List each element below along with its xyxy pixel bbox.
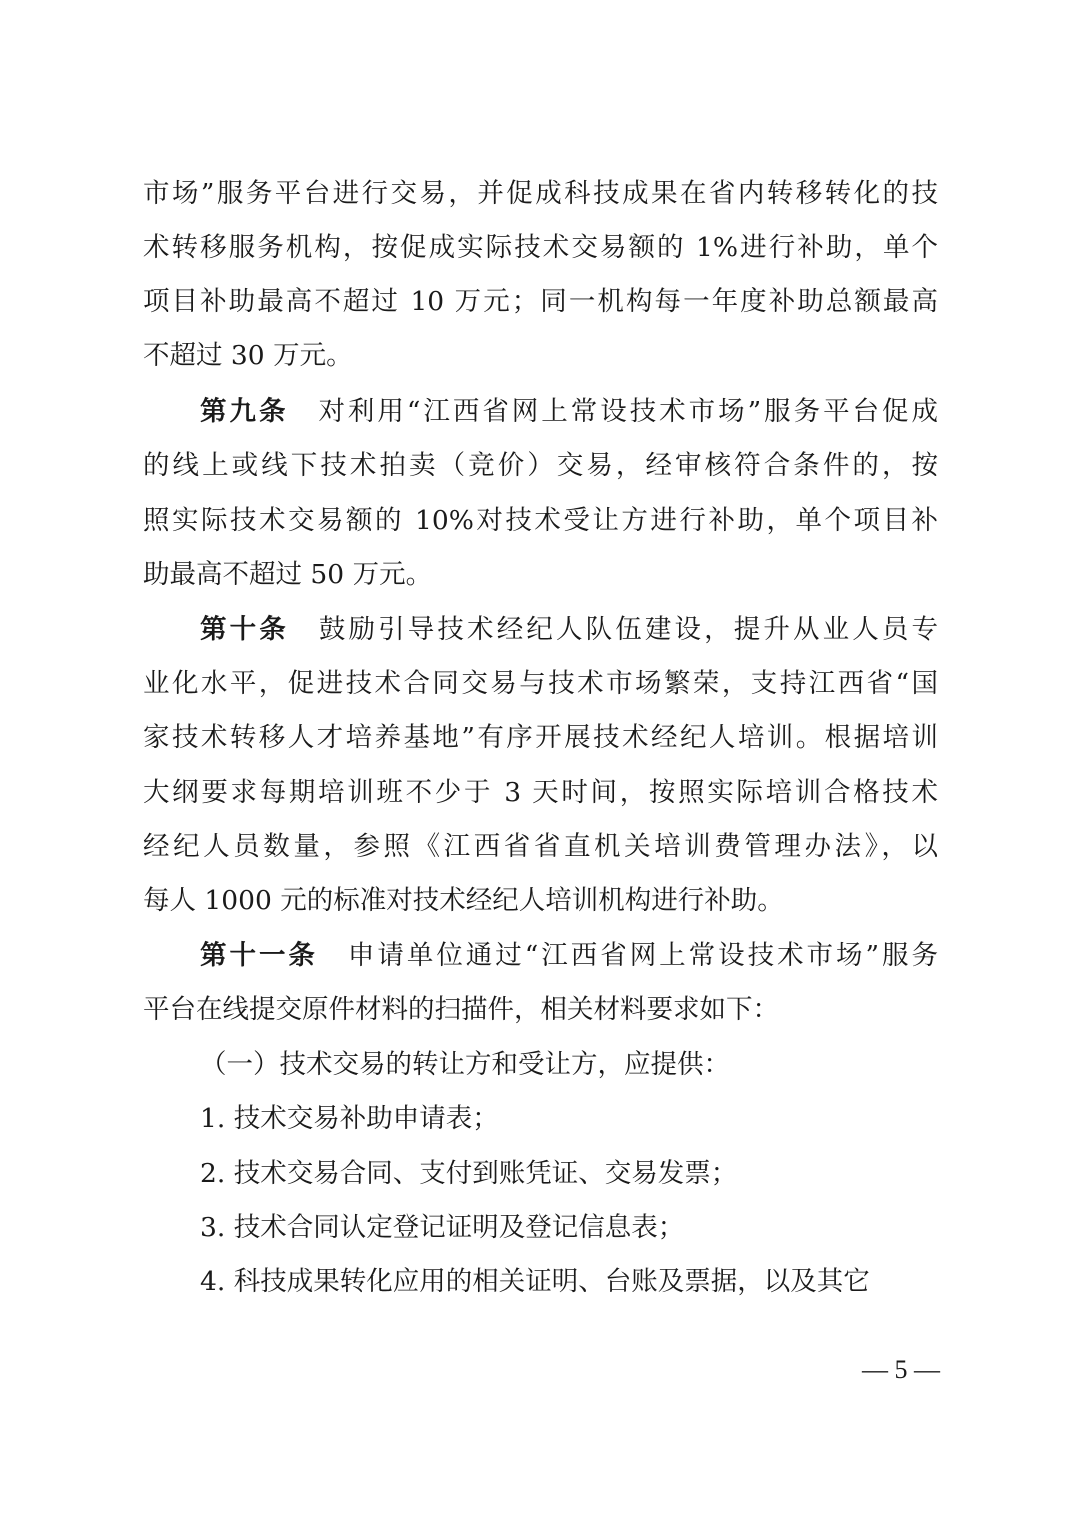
article-first-line: 第十条鼓励引导技术经纪人队伍建设，提升从业人员专 <box>200 610 938 650</box>
article-title: 第十一条 <box>200 940 318 971</box>
list-item: 2. 技术交易合同、支付到账凭证、交易发票； <box>200 1154 938 1194</box>
text-line: 家技术转移人才培养基地”有序开展技术经纪人培训。根据培训 <box>143 718 938 758</box>
subsection-heading: （一）技术交易的转让方和受让方，应提供： <box>200 1045 938 1085</box>
text-line: 经纪人员数量，参照《江西省省直机关培训费管理办法》，以 <box>143 827 938 867</box>
text-line: 的线上或线下技术拍卖（竞价）交易，经审核符合条件的，按 <box>143 446 938 486</box>
list-item: 3. 技术合同认定登记证明及登记信息表； <box>200 1208 938 1248</box>
article-text: 对利用“江西省网上常设技术市场”服务平台促成 <box>318 396 938 427</box>
list-item: 1. 技术交易补助申请表； <box>200 1099 938 1139</box>
text-line: 术转移服务机构，按促成实际技术交易额的 1%进行补助，单个 <box>143 228 938 268</box>
article-first-line: 第十一条申请单位通过“江西省网上常设技术市场”服务 <box>200 936 938 976</box>
text-line: 大纲要求每期培训班不少于 3 天时间，按照实际培训合格技术 <box>143 773 938 813</box>
text-line: 项目补助最高不超过 10 万元；同一机构每一年度补助总额最高 <box>143 282 938 322</box>
document-page: 市场”服务平台进行交易，并促成科技成果在省内转移转化的技 术转移服务机构，按促成… <box>0 0 1080 1527</box>
page-number: — 5 — <box>862 1352 942 1388</box>
list-item: 4. 科技成果转化应用的相关证明、台账及票据，以及其它 <box>200 1262 938 1302</box>
text-line: 市场”服务平台进行交易，并促成科技成果在省内转移转化的技 <box>143 174 938 214</box>
text-line: 平台在线提交原件材料的扫描件，相关材料要求如下： <box>143 990 938 1030</box>
article-text: 鼓励引导技术经纪人队伍建设，提升从业人员专 <box>319 614 938 645</box>
text-line: 不超过 30 万元。 <box>143 336 938 376</box>
article-title: 第九条 <box>200 396 288 427</box>
article-first-line: 第九条对利用“江西省网上常设技术市场”服务平台促成 <box>200 392 938 432</box>
article-text: 申请单位通过“江西省网上常设技术市场”服务 <box>348 940 938 971</box>
text-line: 照实际技术交易额的 10%对技术受让方进行补助，单个项目补 <box>143 501 938 541</box>
text-line: 助最高不超过 50 万元。 <box>143 555 938 595</box>
text-line: 业化水平，促进技术合同交易与技术市场繁荣，支持江西省“国 <box>143 664 938 704</box>
text-line: 每人 1000 元的标准对技术经纪人培训机构进行补助。 <box>143 881 938 921</box>
article-title: 第十条 <box>200 614 289 645</box>
